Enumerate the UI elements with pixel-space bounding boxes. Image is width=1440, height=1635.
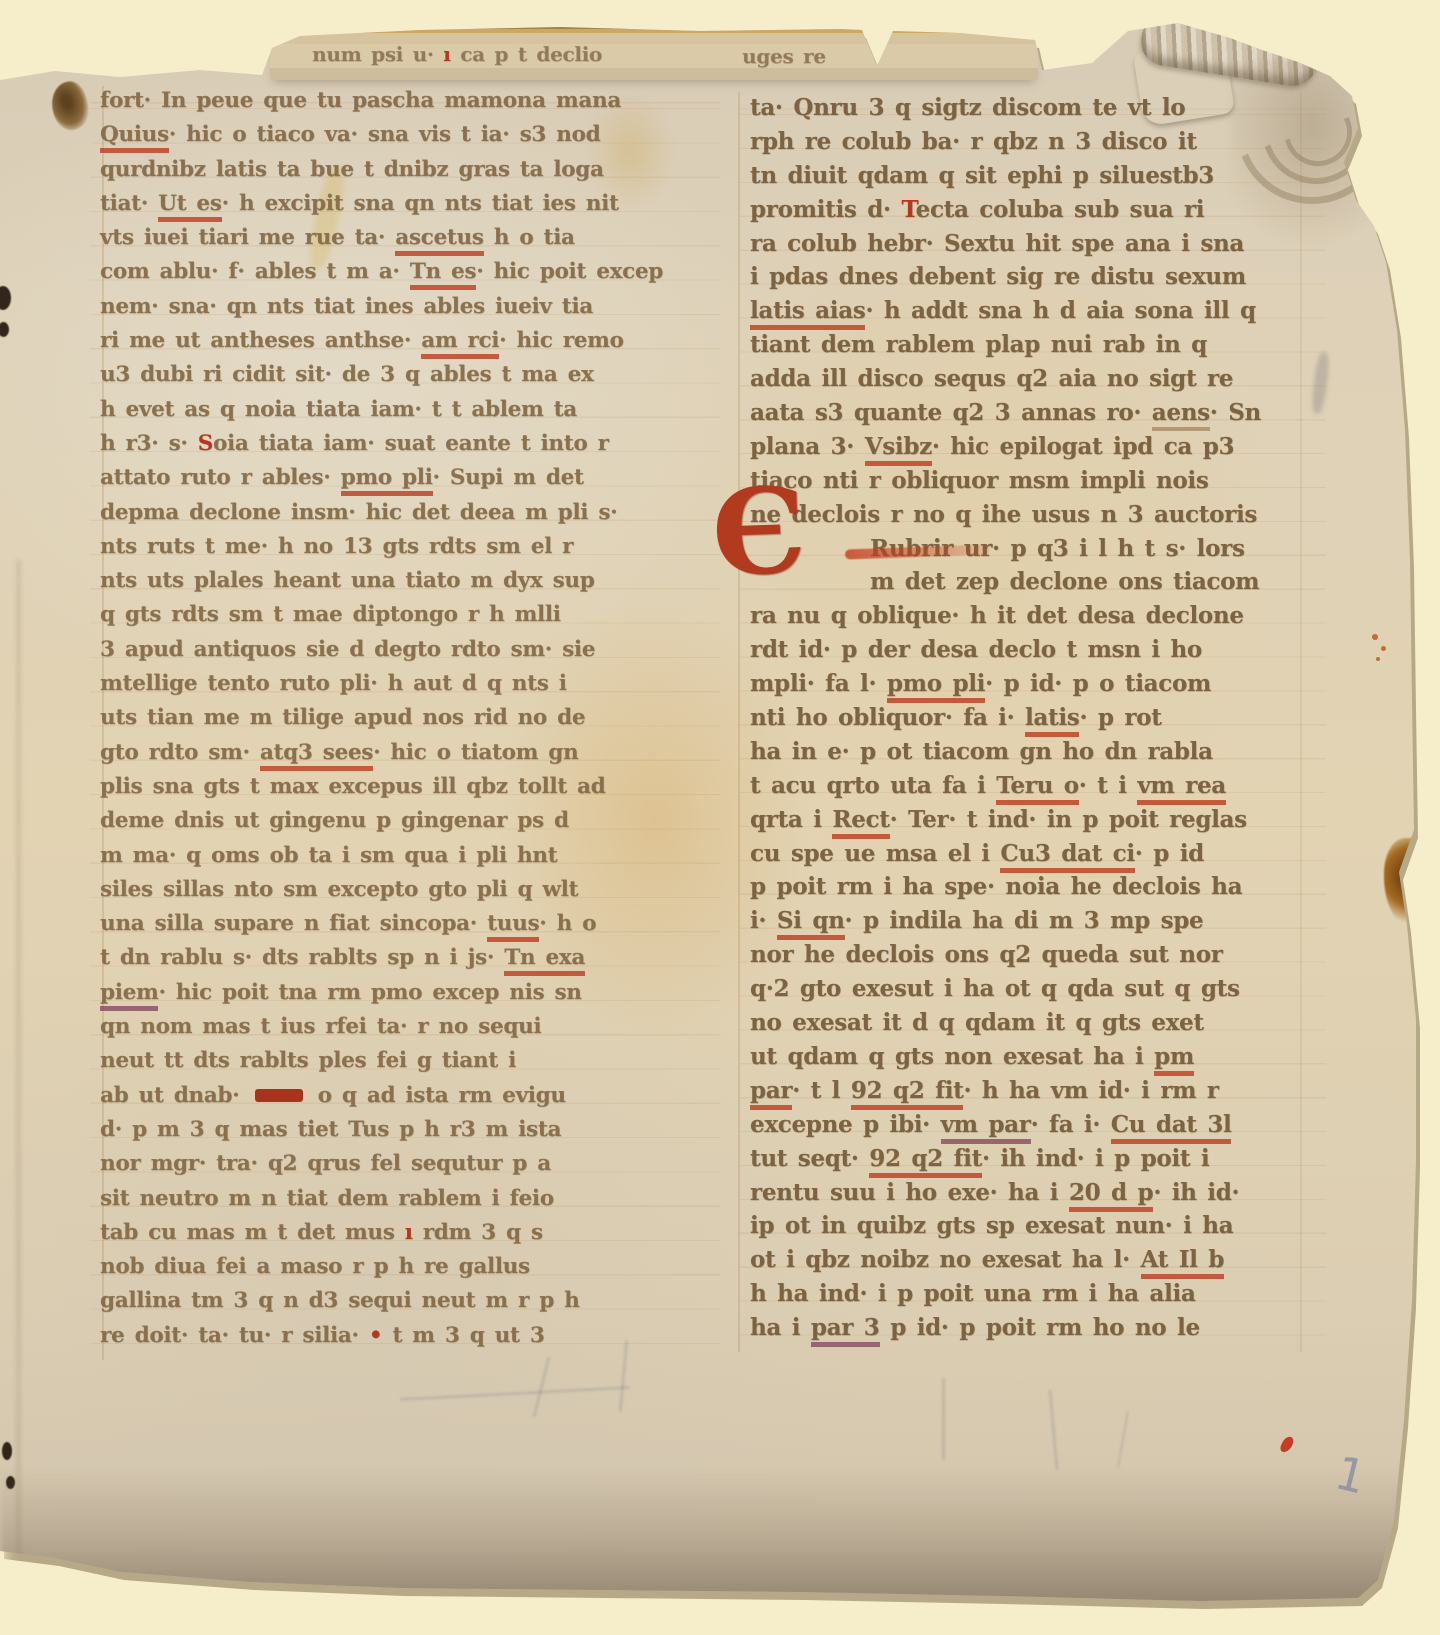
- manuscript-photo: num psi u· ı ca p t declio uges re fort·…: [0, 0, 1440, 1635]
- edge-vignette: [0, 0, 1440, 1635]
- parchment-leaf: num psi u· ı ca p t declio uges re fort·…: [0, 0, 1440, 1635]
